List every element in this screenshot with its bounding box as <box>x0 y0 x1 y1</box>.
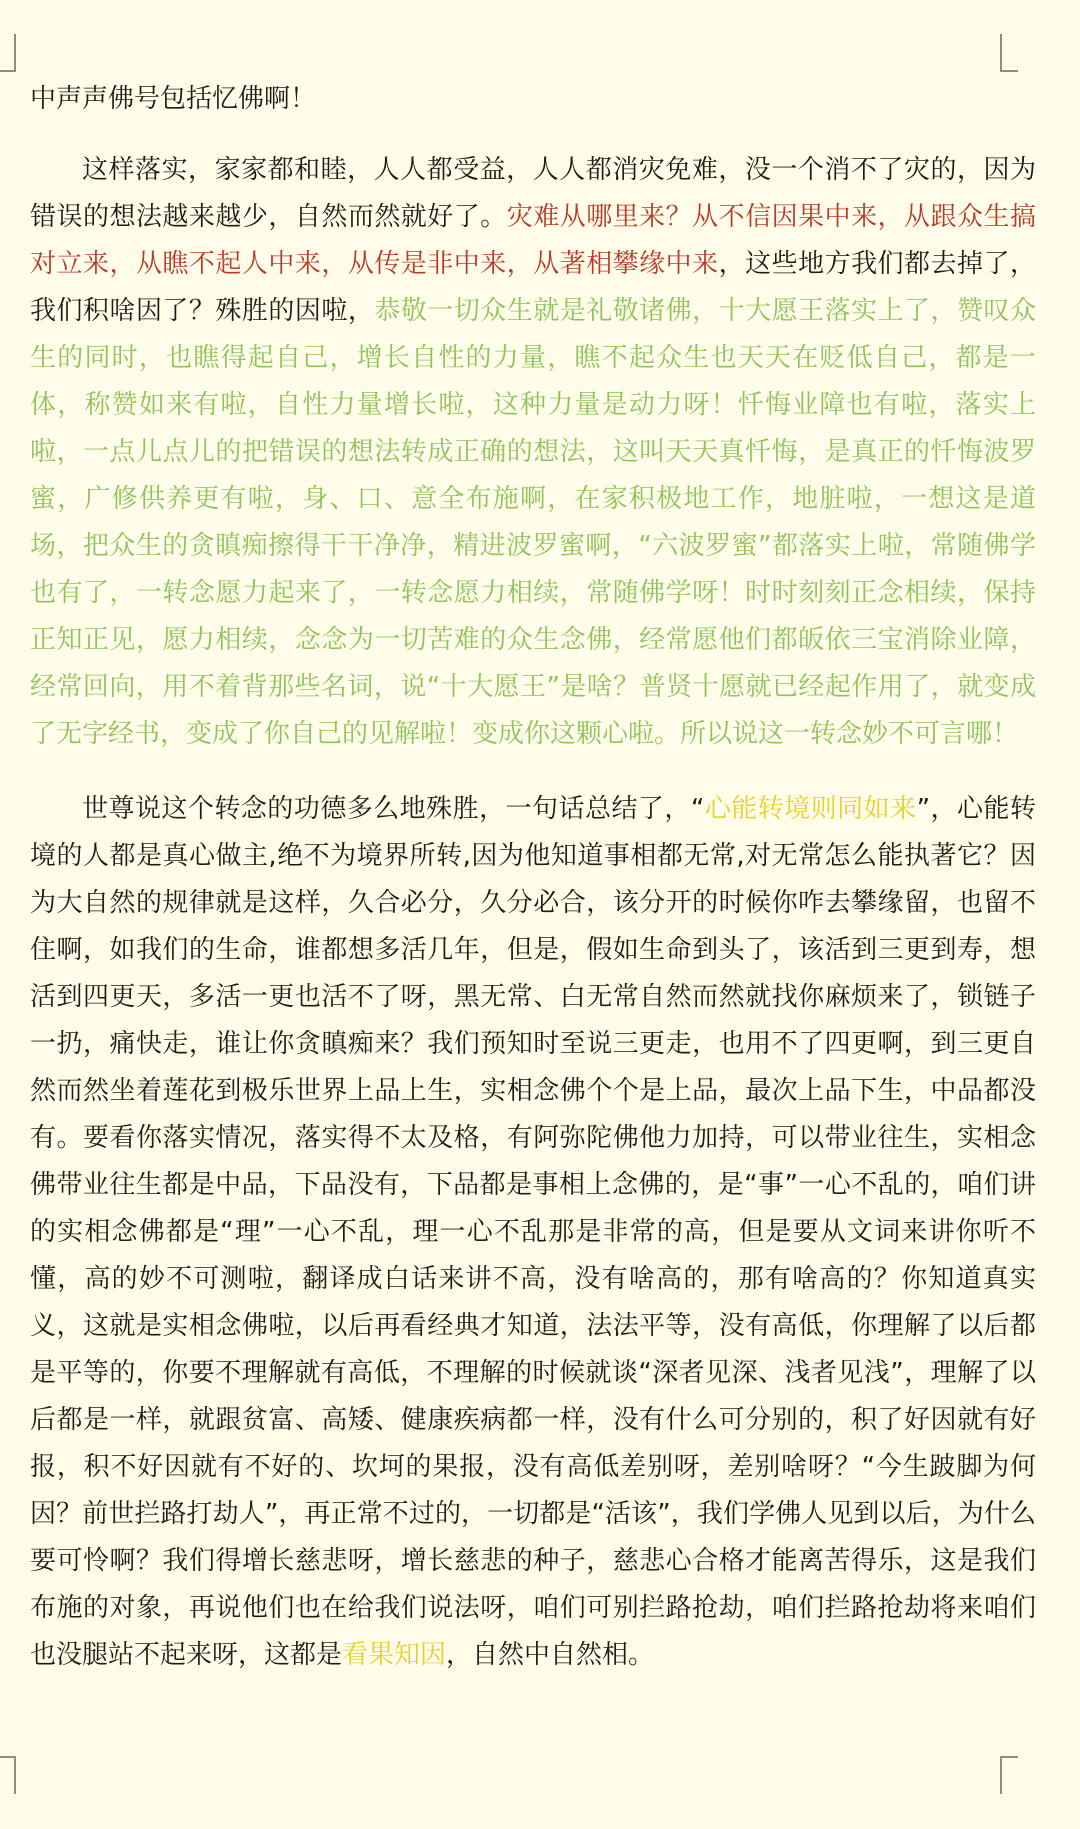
paragraph-2-text: ”，心能转境的人都是真心做主,绝不为境界所转,因为他知道事相都无常,对无常怎么能… <box>30 794 1036 1670</box>
paragraph-2: 世尊说这个转念的功德多么地殊胜，一句话总结了，“心能转境则同如来”，心能转境的人… <box>30 786 1036 1679</box>
highlight-yellow-cause: 看果知因 <box>342 1640 446 1670</box>
paragraph-2-text: 世尊说这个转念的功德多么地殊胜，一句话总结了，“ <box>82 794 704 824</box>
document-page: 中声声佛号包括忆佛啊！ 这样落实，家家都和睦，人人都受益，人人都消灾免难，没一个… <box>30 76 1036 1679</box>
crop-mark-bottom-right <box>1000 1756 1018 1794</box>
opening-line: 中声声佛号包括忆佛啊！ <box>30 76 1036 123</box>
paragraph-1: 这样落实，家家都和睦，人人都受益，人人都消灾免难，没一个消不了灾的，因为错误的想… <box>30 147 1036 758</box>
crop-mark-top-left <box>0 34 16 72</box>
highlight-green-vows: 恭敬一切众生就是礼敬诸佛，十大愿王落实上了，赞叹众生的同时，也瞧得起自己，增长自… <box>30 296 1036 749</box>
highlight-yellow-quote: 心能转境则同如来 <box>704 794 916 824</box>
paragraph-spacer <box>30 758 1036 786</box>
crop-mark-bottom-left <box>0 1756 16 1794</box>
paragraph-2-text: ，自然中自然相。 <box>446 1640 654 1670</box>
crop-mark-top-right <box>1000 34 1018 72</box>
